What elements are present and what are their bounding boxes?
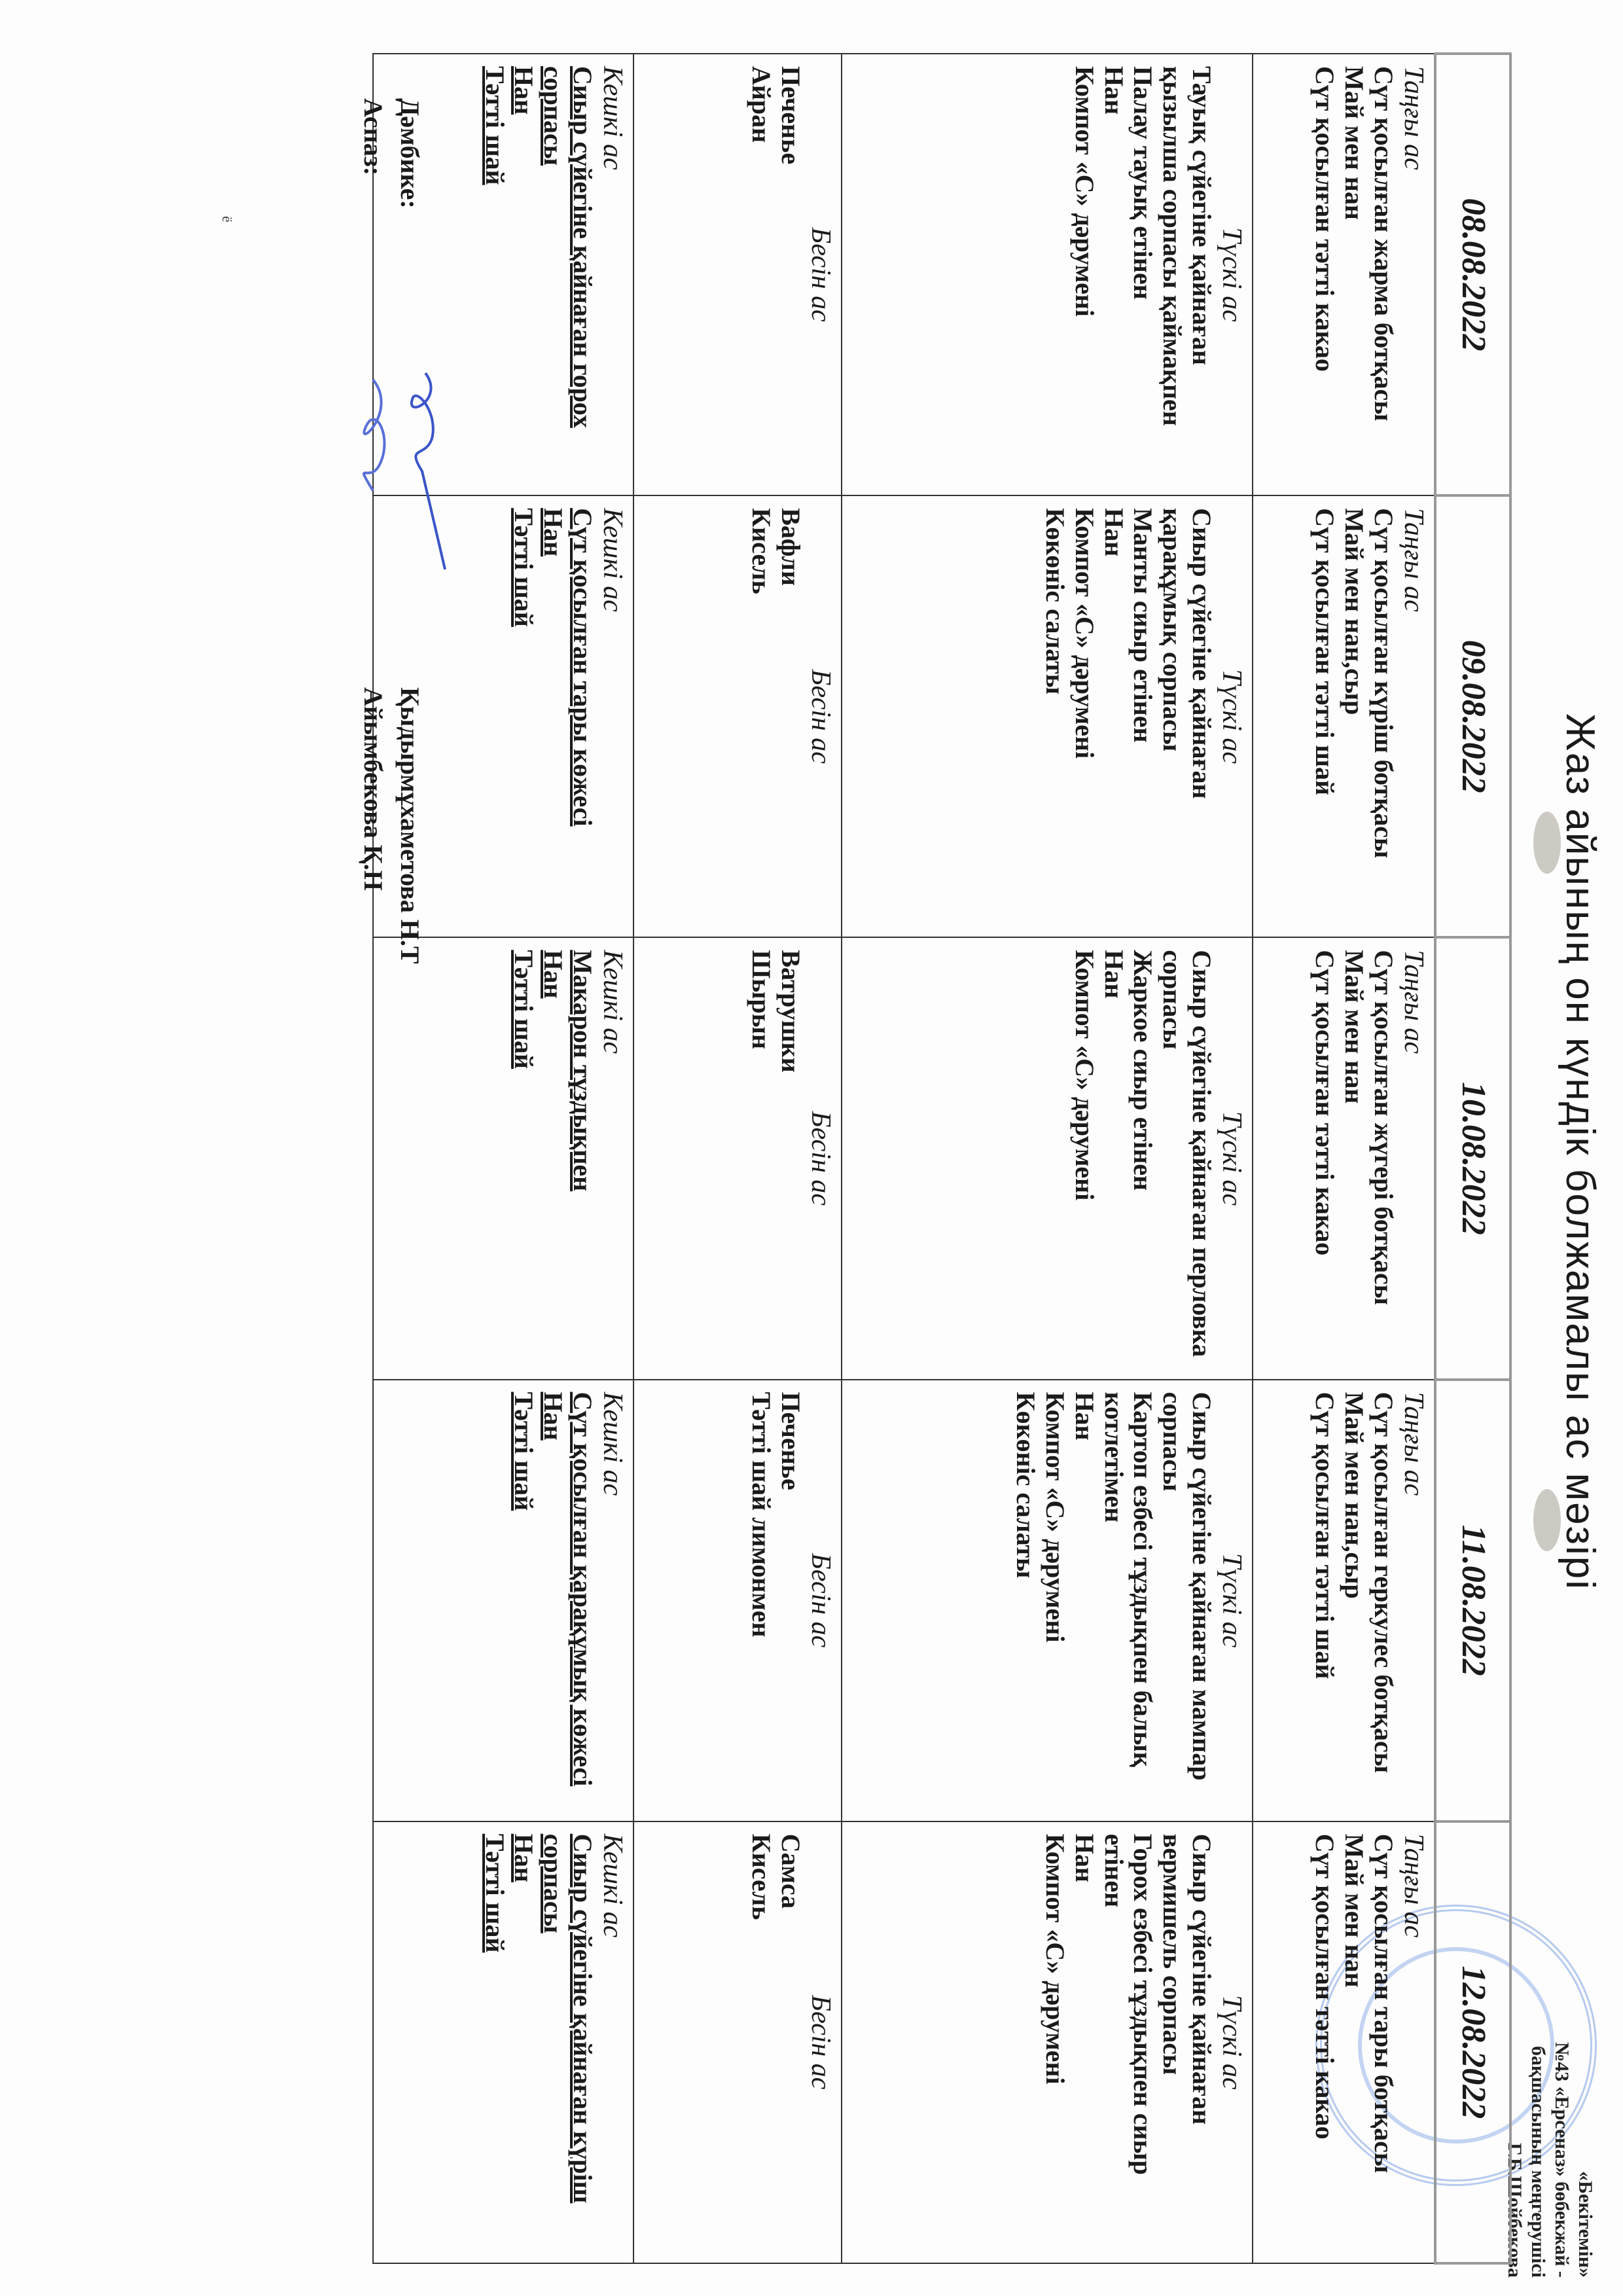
menu-item: Нан — [1069, 1392, 1099, 1809]
menu-item: Печенье — [776, 66, 805, 483]
menu-item: Горох езбесі тұздықпен сиыр етінен — [1099, 1834, 1158, 2251]
signature-block: Дәмбике: Қыдырмұхаметова Н.Т Аспаз: Айым… — [352, 98, 425, 1669]
menu-item: Тәтті шай — [509, 950, 539, 1367]
breakfast-cell: Таңғы асСүт қосылған геркулес ботқасыМай… — [1253, 1380, 1435, 1821]
menu-item: Шырын — [746, 950, 776, 1367]
meal-label: Таңғы ас — [1398, 66, 1429, 483]
menu-item: Сүт қосылған тары көжесі — [567, 508, 597, 925]
menu-item: Көкөніс салаты — [1010, 1392, 1040, 1809]
date-header: 09.08.2022 — [1435, 495, 1510, 937]
meal-label: Бесін ас — [805, 1392, 836, 1809]
meal-label: Түскі ас — [1216, 1834, 1247, 2251]
approval-line: «Бекітемін» — [1573, 1977, 1597, 2278]
meal-label: Бесін ас — [805, 508, 836, 925]
menu-item: Тауық сүйегіне қайнаған қызылша сорпасы … — [1157, 66, 1216, 483]
approval-line: №43 «Ерсеназ» бөбекжай - — [1550, 1977, 1573, 2278]
menu-item: Вафли — [776, 508, 805, 925]
menu-item: Манты сиыр етінен — [1128, 508, 1158, 925]
menu-item: Тәтті шай лимонмен — [746, 1392, 776, 1809]
date-header: 11.08.2022 — [1435, 1380, 1510, 1821]
meal-label: Таңғы ас — [1398, 950, 1429, 1367]
menu-item: Май мен нан,сыр — [1339, 1392, 1368, 1809]
approval-block: «Бекітемін» №43 «Ерсеназ» бөбекжай - бақ… — [1503, 1977, 1597, 2278]
signature-name: Айымбекова Қ.Н — [352, 687, 389, 1276]
lunch-cell: Түскі асСиыр сүйегіне қайнаған қарақұмық… — [842, 495, 1253, 937]
menu-item: Сүт қосылған тәтті шай — [1310, 1392, 1340, 1809]
menu-item: Сүт қосылған күріш ботқасы — [1368, 508, 1398, 925]
menu-item: Жаркое сиыр етінен — [1128, 950, 1158, 1367]
menu-item: Сүт қосылған тәтті какао — [1310, 1834, 1340, 2251]
meal-label: Кешкі ас — [597, 1834, 628, 2251]
menu-item: Ватрушки — [776, 950, 805, 1367]
menu-item: Кисель — [746, 1834, 776, 2251]
breakfast-cell: Таңғы асСүт қосылған жүгері ботқасыМай м… — [1253, 937, 1435, 1379]
breakfast-cell: Таңғы асСүт қосылған тары ботқасыМай мен… — [1253, 1821, 1435, 2263]
menu-item: Тәтті шай — [509, 508, 539, 925]
menu-item: Сиыр сүйегіне қайнаған перловка сорпасы — [1157, 950, 1216, 1367]
meal-label: Түскі ас — [1216, 1392, 1247, 1809]
lunch-cell: Түскі асТауық сүйегіне қайнаған қызылша … — [842, 54, 1253, 495]
breakfast-cell: Таңғы асСүт қосылған күріш ботқасыМай ме… — [1253, 495, 1435, 937]
snack-cell: Бесін асПеченьеАйран — [633, 54, 842, 495]
signature-row: Аспаз: Айымбекова Қ.Н — [352, 98, 389, 1669]
date-header: 12.08.2022 — [1435, 1821, 1510, 2263]
meal-label: Таңғы ас — [1398, 1392, 1429, 1809]
snack-cell: Бесін асВафлиКисель — [633, 495, 842, 937]
meal-label: Таңғы ас — [1398, 1834, 1429, 2251]
menu-item: Компот «С» дәрумені — [1069, 950, 1099, 1367]
menu-item: Нан — [509, 66, 539, 483]
meal-label: Таңғы ас — [1398, 508, 1429, 925]
menu-item: Самса — [776, 1834, 805, 2251]
menu-item: Айран — [746, 66, 776, 483]
snack-cell: Бесін асСамсаКисель — [633, 1821, 842, 2263]
menu-item: Сүт қосылған қарақұмық көжесі — [567, 1392, 597, 1809]
snack-cell: Бесін асВатрушкиШырын — [633, 937, 842, 1379]
meal-label: Бесін ас — [805, 1834, 836, 2251]
menu-item: Сиыр сүйегіне қайнаған горох сорпасы — [538, 66, 597, 483]
document-title: Жаз айының он күндік болжамалы ас мәзірі — [1557, 367, 1603, 1937]
menu-item: Тәтті шай — [480, 1834, 509, 2251]
meal-label: Түскі ас — [1216, 66, 1247, 483]
menu-item: Сиыр сүйегіне қайнаған күріш сорпасы — [538, 1834, 597, 2251]
menu-item: Компот «С» дәрумені — [1069, 66, 1099, 483]
menu-item: Сиыр сүйегіне қайнаған вермишель сорпасы — [1157, 1834, 1216, 2251]
lunch-row: Түскі асТауық сүйегіне қайнаған қызылша … — [842, 54, 1253, 2263]
menu-item: Май мен нан — [1339, 1834, 1368, 2251]
menu-item: Сиыр сүйегіне қайнаған мампар сорпасы — [1157, 1392, 1216, 1809]
menu-item: Нан — [1099, 508, 1128, 925]
breakfast-cell: Таңғы асСүт қосылған жарма ботқасыМай ме… — [1253, 54, 1435, 495]
menu-item: Нан — [538, 508, 567, 925]
meal-label: Бесін ас — [805, 950, 836, 1367]
menu-item: Сүт қосылған тары ботқасы — [1368, 1834, 1398, 2251]
meal-label: Түскі ас — [1216, 950, 1247, 1367]
menu-item: Кисель — [746, 508, 776, 925]
menu-item: Нан — [509, 1834, 539, 2251]
menu-item: Көкөніс салаты — [1040, 508, 1069, 925]
meal-label: Кешкі ас — [597, 1392, 628, 1809]
menu-item: Макарон тұздықпен — [567, 950, 597, 1367]
menu-item: Сүт қосылған тәтті шай — [1310, 508, 1340, 925]
menu-item: Картоп езбесі тұздықпен балық котлетімен — [1099, 1392, 1158, 1809]
menu-item: Нан — [1099, 950, 1128, 1367]
menu-item: Компот «С» дәрумені — [1040, 1834, 1069, 2251]
footer-mark: ё — [219, 216, 236, 223]
menu-item: Сүт қосылған тәтті какао — [1310, 66, 1340, 483]
breakfast-row: Таңғы асСүт қосылған жарма ботқасыМай ме… — [1253, 54, 1435, 2263]
menu-item: Сүт қосылған тәтті какао — [1310, 950, 1340, 1367]
menu-item: Печенье — [776, 1392, 805, 1809]
handwritten-signature-icon — [347, 360, 452, 583]
menu-item: Май мен нан — [1339, 950, 1368, 1367]
menu-item: Нан — [1099, 66, 1128, 483]
approval-line: бақшасының меңгерушісі — [1526, 1977, 1550, 2278]
menu-item: Май мен нан,сыр — [1339, 508, 1368, 925]
snack-cell: Бесін асПеченьеТәтті шай лимонмен — [633, 1380, 842, 1821]
date-header: 08.08.2022 — [1435, 54, 1510, 495]
date-header: 10.08.2022 — [1435, 937, 1510, 1379]
menu-item: Сиыр сүйегіне қайнаған қарақұмық сорпасы — [1157, 508, 1216, 925]
meal-label: Кешкі ас — [597, 950, 628, 1367]
document-sheet: «Бекітемін» №43 «Ерсеназ» бөбекжай - бақ… — [0, 0, 1623, 2296]
menu-table: 08.08.2022 09.08.2022 10.08.2022 11.08.2… — [372, 52, 1512, 2265]
menu-item: Нан — [538, 1392, 567, 1809]
menu-item: Нан — [1069, 1834, 1099, 2251]
menu-item: Сүт қосылған жүгері ботқасы — [1368, 950, 1398, 1367]
signature-row: Дәмбике: Қыдырмұхаметова Н.Т — [389, 98, 425, 1669]
signature-name: Қыдырмұхаметова Н.Т — [389, 687, 425, 1276]
menu-item: Нан — [538, 950, 567, 1367]
snack-row: Бесін асПеченьеАйранБесін асВафлиКисельБ… — [633, 54, 842, 2263]
lunch-cell: Түскі асСиыр сүйегіне қайнаған мампар со… — [842, 1380, 1253, 1821]
meal-label: Бесін ас — [805, 66, 836, 483]
lunch-cell: Түскі асСиыр сүйегіне қайнаған вермишель… — [842, 1821, 1253, 2263]
menu-item: Компот «С» дәрумені — [1040, 1392, 1069, 1809]
menu-item: Тәтті шай — [480, 66, 509, 483]
meal-label: Түскі ас — [1216, 508, 1247, 925]
menu-item: Компот «С» дәрумені — [1069, 508, 1099, 925]
lunch-cell: Түскі асСиыр сүйегіне қайнаған перловка … — [842, 937, 1253, 1379]
meal-label: Кешкі ас — [597, 508, 628, 925]
menu-item: Май мен нан — [1339, 66, 1368, 483]
meal-label: Кешкі ас — [597, 66, 628, 483]
menu-item: Тәтті шай — [509, 1392, 539, 1809]
menu-item: Палау тауық етінен — [1128, 66, 1158, 483]
dinner-cell: Кешкі асСиыр сүйегіне қайнаған күріш сор… — [373, 1821, 633, 2263]
menu-item: Сүт қосылған геркулес ботқасы — [1368, 1392, 1398, 1809]
menu-item: Сүт қосылған жарма ботқасы — [1368, 66, 1398, 483]
date-header-row: 08.08.2022 09.08.2022 10.08.2022 11.08.2… — [1435, 54, 1510, 2263]
